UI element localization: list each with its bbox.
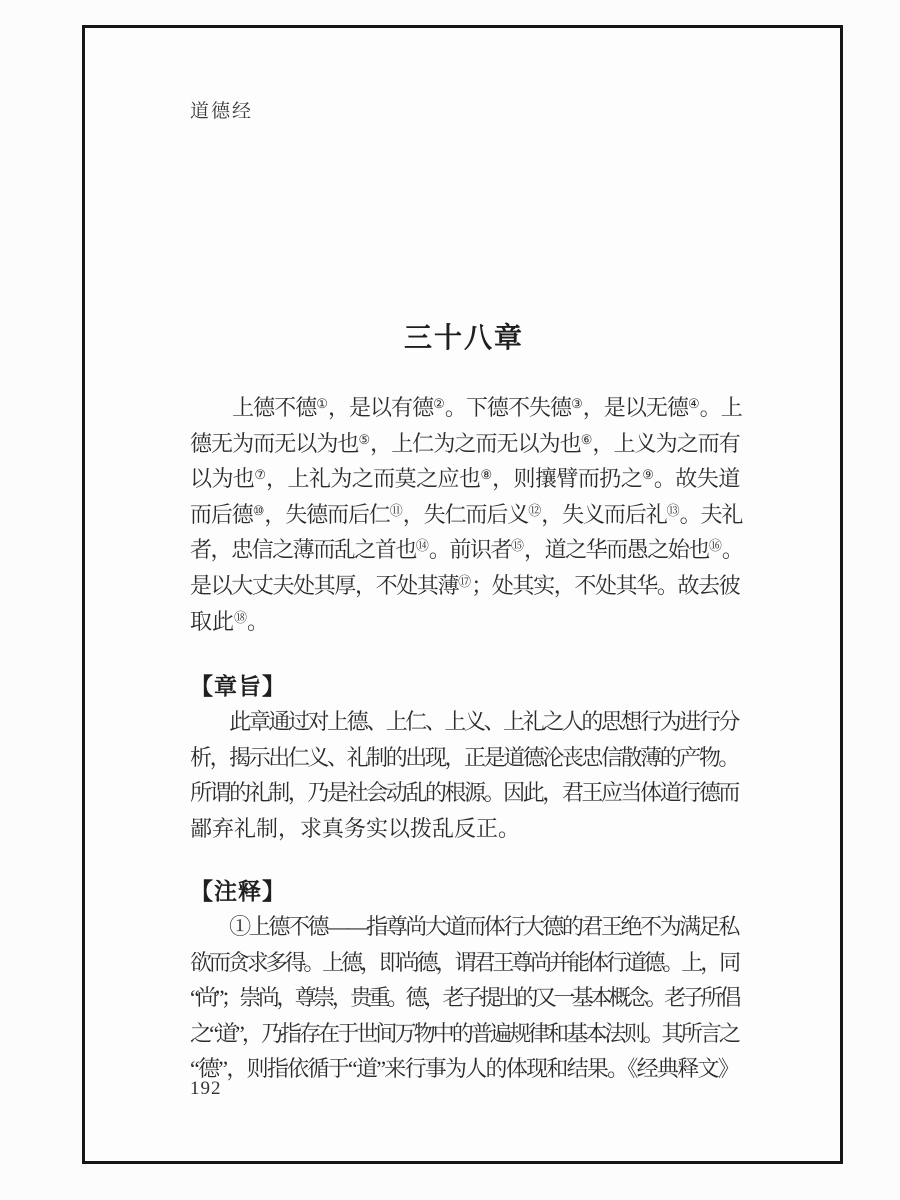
body-line: 取此⑱。	[190, 600, 738, 636]
zhushi-line: 之“道”，乃指存在于世间万物中的普遍规律和基本法则。其所言之	[190, 1016, 738, 1052]
body-line: 而后德⑩，失德而后仁⑪，失仁而后义⑫，失义而后礼⑬。夫礼	[190, 493, 738, 529]
footnote-marker: ⑤	[359, 432, 371, 447]
zhangzhi-line: 此章通过对上德、上仁、上义、上礼之人的思想行为进行分	[190, 704, 738, 740]
footnote-marker: ⑧	[480, 467, 492, 482]
section-heading-zhangzhi: 【章旨】	[190, 668, 286, 701]
footnote-marker: ⑪	[390, 503, 403, 518]
running-header: 道德经	[190, 96, 253, 123]
zhushi-line: “尚”；崇尚，尊崇，贵重。德，老子提出的又一基本概念。老子所倡	[190, 980, 738, 1016]
body-line: 德无为而无以为也⑤，上仁为之而无以为也⑥，上义为之而有	[190, 422, 738, 458]
zhangzhi-body: 此章通过对上德、上仁、上义、上礼之人的思想行为进行分 析，揭示出仁义、礼制的出现…	[190, 704, 738, 846]
section-heading-zhushi: 【注释】	[190, 873, 286, 906]
footnote-marker: ⑦	[254, 467, 266, 482]
body-line: 以为也⑦，上礼为之而莫之应也⑧，则攘臂而扔之⑨。故失道	[190, 457, 738, 493]
zhangzhi-line: 析，揭示出仁义、礼制的出现，正是道德沦丧忠信散薄的产物。	[190, 740, 738, 776]
footnote-marker: ④	[688, 396, 700, 411]
zhushi-body: ①上德不德——指尊尚大道而体行大德的君王绝不为满足私 欲而贪求多得。上德，即尚德…	[190, 909, 738, 1087]
body-line: 者，忠信之薄而乱之首也⑭。前识者⑮，道之华而愚之始也⑯。	[190, 528, 738, 564]
footnote-marker: ⑭	[416, 538, 429, 553]
zhushi-line: “德”，则指依循于“道”来行事为人的体现和结果。《经典释文》	[190, 1051, 738, 1087]
footnote-marker: ⑰	[458, 574, 471, 589]
footnote-marker: ⑯	[709, 538, 722, 553]
zhangzhi-line: 鄙弃礼制，求真务实以拨乱反正。	[190, 811, 738, 847]
footnote-marker: ⑱	[234, 610, 247, 625]
zhushi-line: 欲而贪求多得。上德，即尚德，谓君王尊尚并能体行道德。上，同	[190, 945, 738, 981]
footnote-marker: ⑩	[253, 503, 265, 518]
zhushi-line: ①上德不德——指尊尚大道而体行大德的君王绝不为满足私	[190, 909, 738, 945]
footnote-marker: ⑨	[642, 467, 654, 482]
footnote-marker: ⑫	[528, 503, 541, 518]
footnote-marker: ②	[433, 396, 445, 411]
body-line: 是以大丈夫处其厚，不处其薄⑰；处其实，不处其华。故去彼	[190, 564, 738, 600]
footnote-marker: ⑬	[667, 503, 680, 518]
footnote-marker: ①	[316, 396, 328, 411]
footnote-marker: ⑮	[511, 538, 524, 553]
body-line: 上德不德①，是以有德②。下德不失德③，是以无德④。上	[190, 386, 738, 422]
chapter-title: 三十八章	[190, 316, 738, 356]
footnote-marker: ③	[571, 396, 583, 411]
footnote-marker: ⑥	[581, 432, 593, 447]
page-number: 192	[190, 1078, 222, 1100]
zhangzhi-line: 所谓的礼制，乃是社会动乱的根源。因此，君王应当体道行德而	[190, 775, 738, 811]
chapter-body: 上德不德①，是以有德②。下德不失德③，是以无德④。上 德无为而无以为也⑤，上仁为…	[190, 386, 738, 635]
